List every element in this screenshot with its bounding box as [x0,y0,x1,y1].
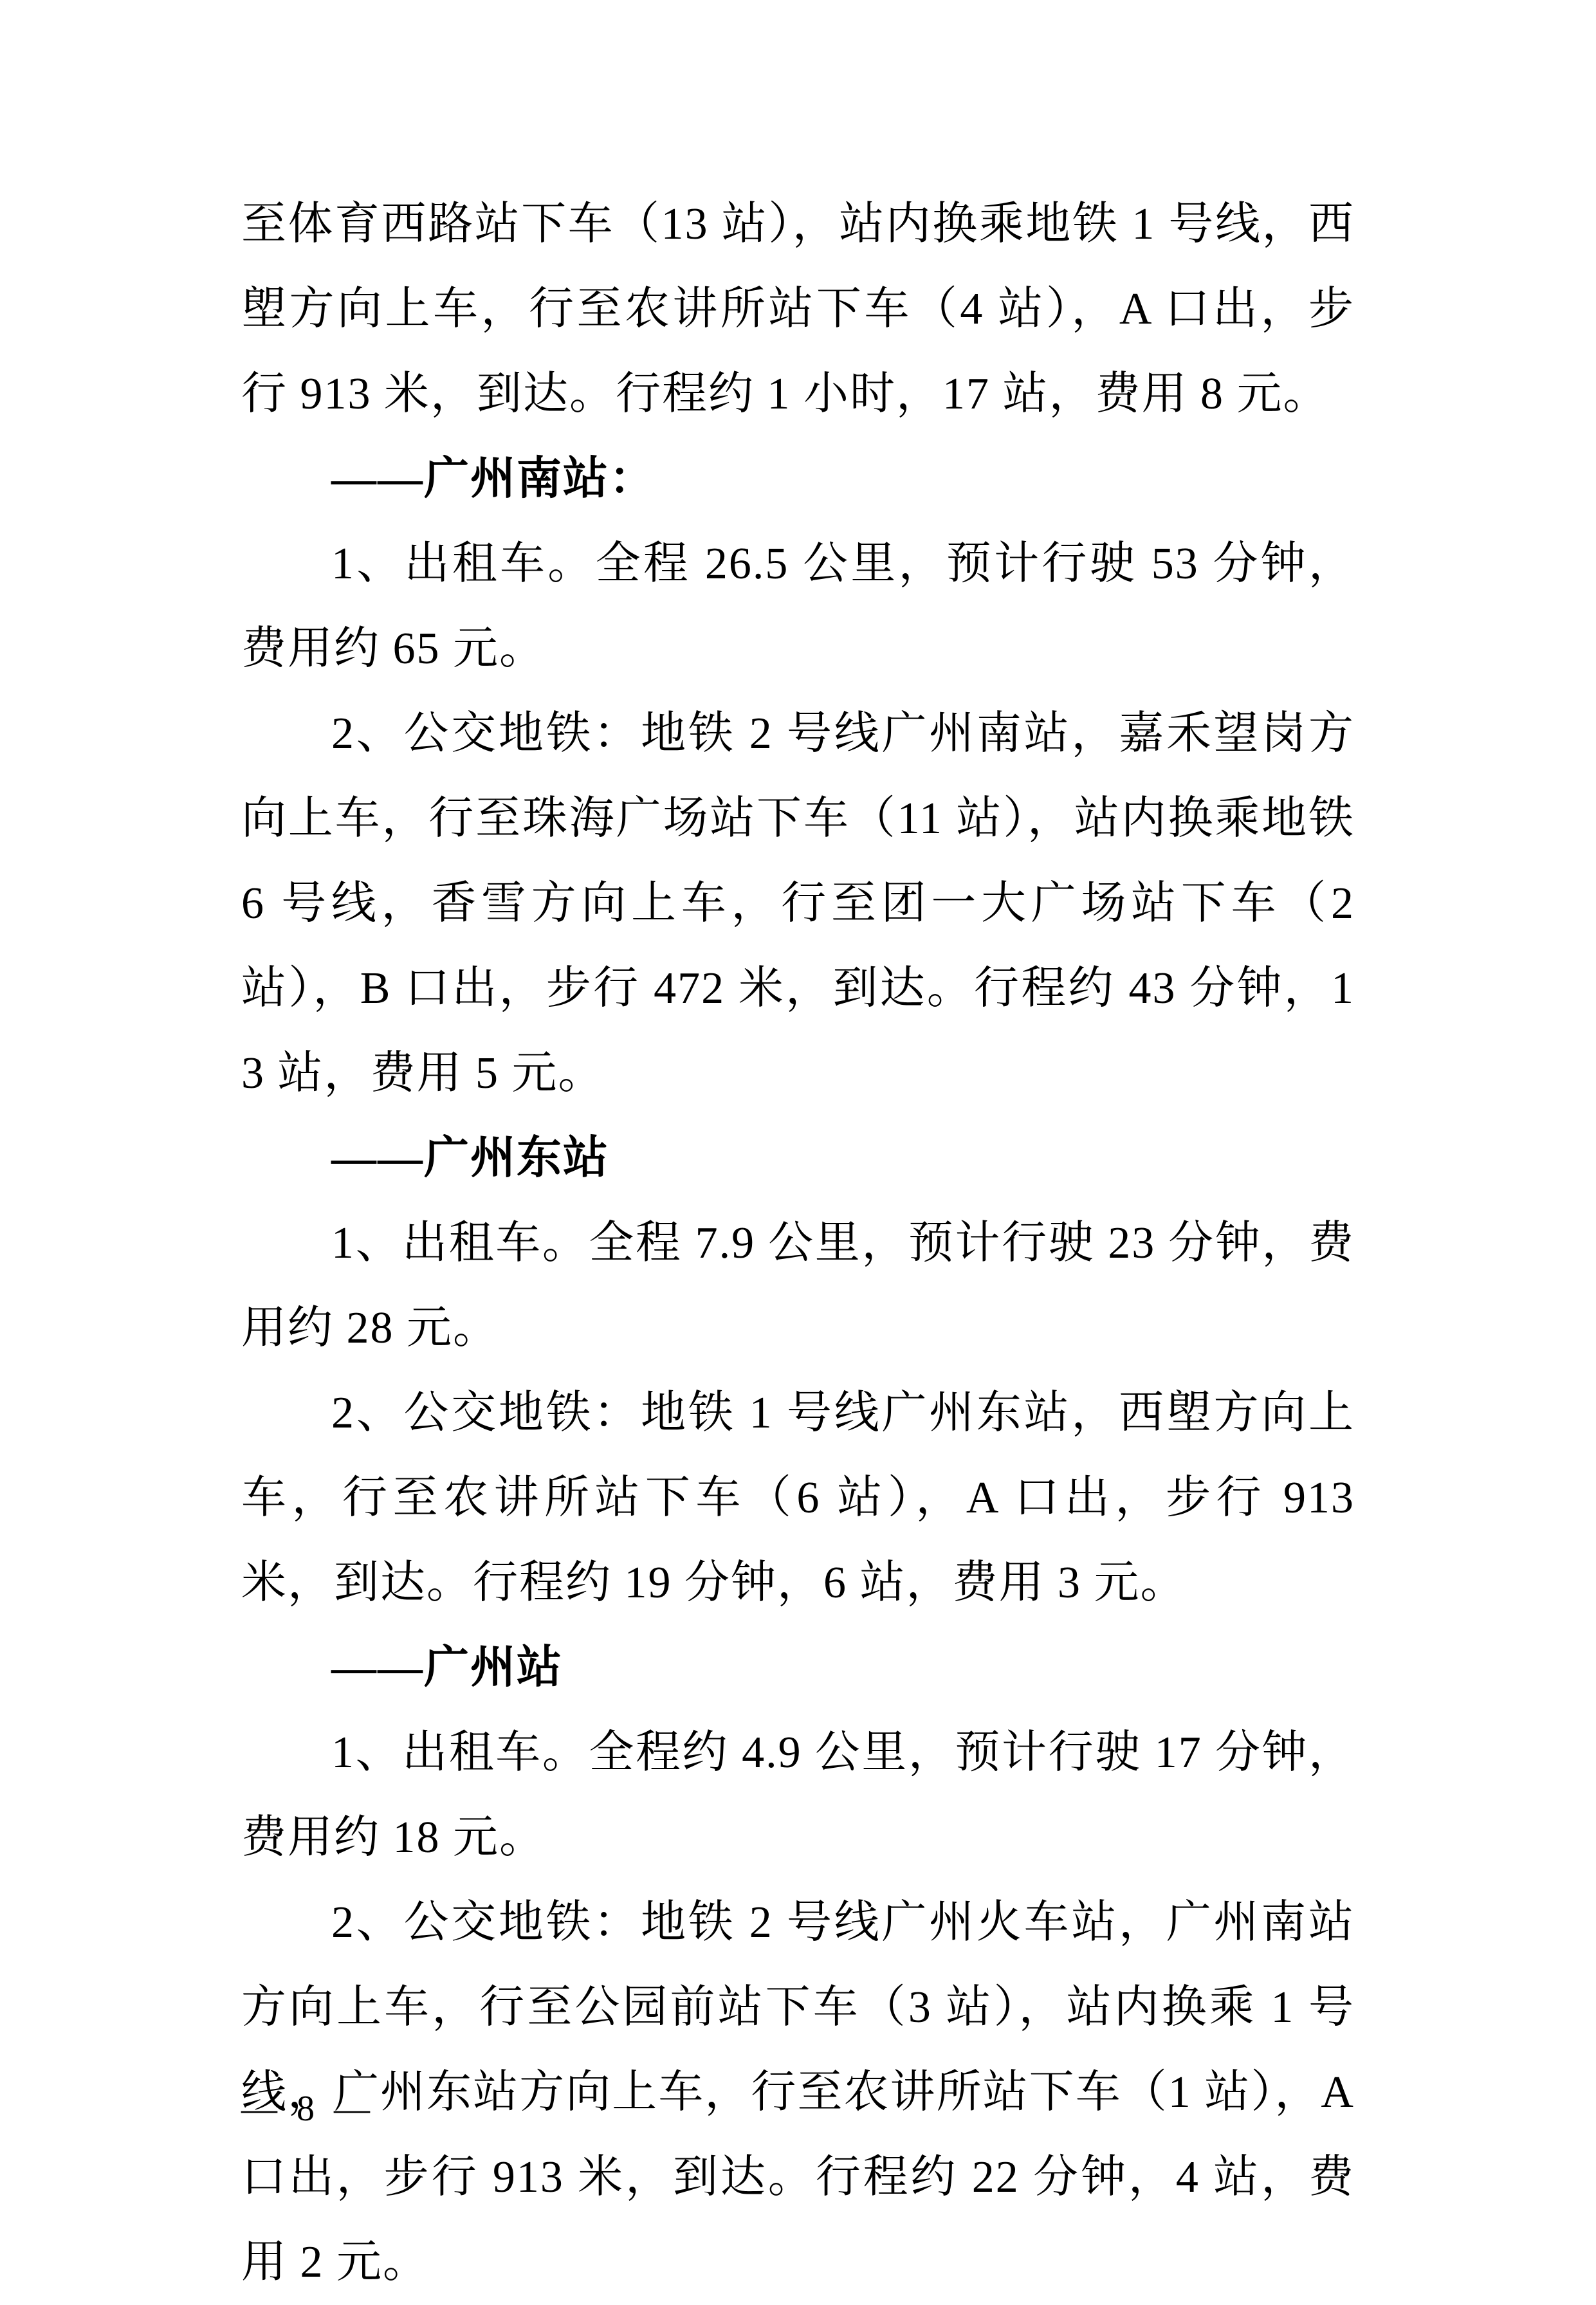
section-heading: ——广州站 [241,1626,1355,1711]
body-paragraph: 至体育西路站下车（13 站），站内换乘地铁 1 号线，西塱方向上车，行至农讲所站… [241,182,1355,437]
body-paragraph: 2、公交地铁：地铁 2 号线广州火车站，广州南站方向上车，行至公园前站下车（3 … [241,1880,1355,2305]
body-paragraph: 1、出租车。全程 26.5 公里，预计行驶 53 分钟，费用约 65 元。 [241,522,1355,692]
document-text-block: 至体育西路站下车（13 站），站内换乘地铁 1 号线，西塱方向上车，行至农讲所站… [241,182,1355,2305]
body-paragraph: 2、公交地铁：地铁 2 号线广州南站，嘉禾望岗方向上车，行至珠海广场站下车（11… [241,692,1355,1116]
body-paragraph: 2、公交地铁：地铁 1 号线广州东站，西塱方向上车，行至农讲所站下车（6 站），… [241,1371,1355,1626]
section-heading: ——广州东站 [241,1116,1355,1201]
body-paragraph: 1、出租车。全程 7.9 公里，预计行驶 23 分钟，费用约 28 元。 [241,1201,1355,1371]
section-heading: ——广州南站： [241,437,1355,522]
page-number: — 8 — [241,2086,375,2132]
document-page: { "document": { "paragraphs": [ { "type"… [0,0,1596,2257]
body-paragraph: 1、出租车。全程约 4.9 公里，预计行驶 17 分钟，费用约 18 元。 [241,1711,1355,1880]
